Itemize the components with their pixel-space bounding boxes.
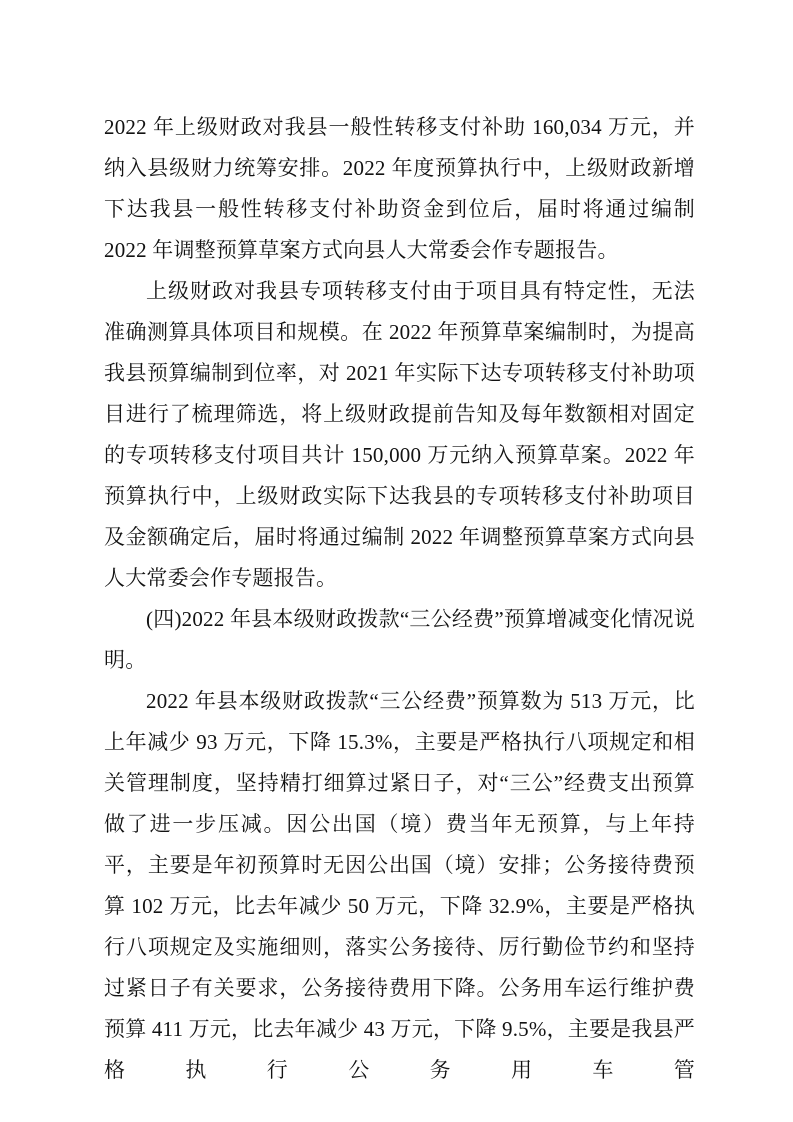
paragraph-general-transfer-payment: 2022 年上级财政对我县一般性转移支付补助 160,034 万元，并纳入县级财… xyxy=(104,107,695,271)
document-page: 2022 年上级财政对我县一般性转移支付补助 160,034 万元，并纳入县级财… xyxy=(0,0,793,1122)
paragraph-special-transfer-payment: 上级财政对我县专项转移支付由于项目具有特定性，无法准确测算具体项目和规模。在 2… xyxy=(104,271,695,599)
section-heading-four-three-public-expenses: (四)2022 年县本级财政拨款“三公经费”预算增减变化情况说明。 xyxy=(104,599,695,681)
paragraph-three-public-expenses-detail: 2022 年县本级财政拨款“三公经费”预算数为 513 万元，比上年减少 93 … xyxy=(104,681,695,1091)
